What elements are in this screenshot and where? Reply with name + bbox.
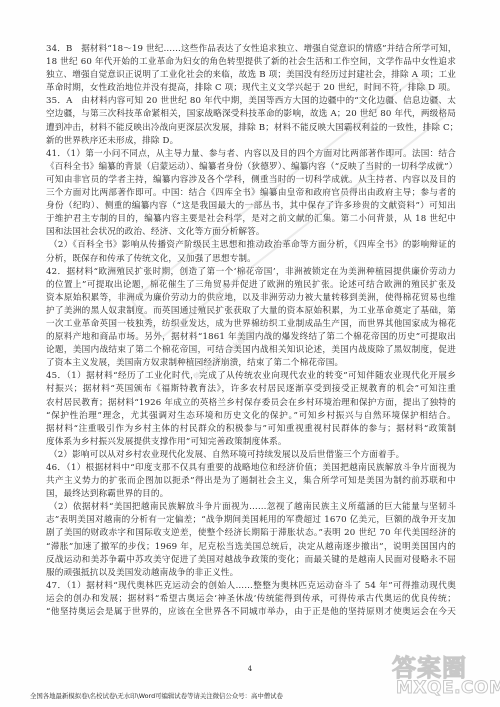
answer-text-body: 34．B 据材料“18～19 世纪……这些作品表达了女性追求独立、增强自觉意识的… [46,43,456,619]
text-line: “他坚持奥运会是属于世界的，应该在全世界各不同城市举办，由于正是他的坚持原则才使… [46,606,456,619]
text-line: 护了美洲的黑人奴隶制度。而英国通过殖民扩张获取了大量的资本原始积累，为工业革命奠… [46,305,456,318]
text-line: 34．B 据材料“18～19 世纪……这些作品表达了女性追求独立、增强自觉意识的… [46,43,456,56]
text-line: 18 世纪 60 年代开始的工业革命为妇女的角色转型提供了新的社会生活和工作空间… [46,56,456,69]
footer-note: 全国各地最新模拟卷\名校试卷\无水印\Word可编辑试卷等请关注微信公众号：高中… [30,691,283,700]
text-line: 遭到冲击，材料不能反映出冷战向更深层次发展，排除 B；材料不能反映大国霸权利益的… [46,122,456,135]
text-line: 35．A 由材料内容可知 20 世世纪 80 年代中期，美国等西方大国的边疆中的… [46,95,456,108]
page-number: 4 [0,665,500,673]
text-line: 国，最终达到称霸世界的目的。 [46,488,456,501]
text-line: 论题，美国内战结束了第二个棉花帝国，可结合美国内战相关知识论述，美国内战废除了黑… [46,344,456,357]
text-line: 新的世界秩序还未形成，排除 D。 [46,135,456,148]
text-line: 国和法国社会状况的政治、经济、文化等方面分析解答。 [46,226,456,239]
logo-domain-text: MXQE.COM [396,678,500,698]
text-line: （2）依据材料“美国把越南民族解放斗争片面视为……忽视了越南民族主义所蕴涵的巨大… [46,501,456,514]
text-line: 共产主义势力的扩张而企图加以扼杀”得出是为了遏制社会主义，集合所学可知是美国为制… [46,475,456,488]
text-line: （2）《百科全书》影响从传播资产阶级民主思想和推动政治革命等方面分析，《四库全书… [46,239,456,252]
text-line: 资本原始积累等，非洲成为廉价劳动力的供应地，以及非洲劳动力被大量转移到美洲，使得… [46,292,456,305]
text-line: “保护性治理”理念，尤其强调对生态环境和历史文化的保护。”可知乡村振兴与自然环境… [46,410,456,423]
text-line: 于维护君主专制的目的，编纂内容主要是社会科学，是对之前文献的汇集。第二小问背景，… [46,213,456,226]
text-line: 身份（纪昀）、侧重的编纂内容（“这是我国最大的一部丛书，其中保存了许多珍贵的文献… [46,200,456,213]
text-line: 空边疆，与第三次科技革命紧相关，国家战略深受科技革命的影响，故选 A；20 世纪… [46,108,456,121]
text-line: 可知由非官员的学者主持，编纂内容涉及各个学科，侧重当时的一切科学成就。从主持者、… [46,174,456,187]
text-line: 了资本主义发展，美国南方奴隶制种植园经济崩溃，结束了第二个棉花帝国。 [46,357,456,370]
text-line: 45．（1）据材料“经历了工业化时代，完成了从传统农业向现代农业的转变”可知伴随… [46,370,456,383]
text-line: 《百科全书》编纂的背景（启蒙运动）、编纂者身份（狄德罗）、编纂内容（“反映了当时… [46,161,456,174]
text-line: 志”表明美国对越南的分析有一定偏差；“战争期间美国耗用的军费超过 1670 亿美… [46,514,456,527]
text-line: 运会的创办和发展；据材料“希望古奥运会‘神圣休战’传统能得到传承，可得传承古代奥… [46,593,456,606]
text-line: 据材料“注重吸引作为乡村主体的村民群众的积极参与”可知重视重视村民群体的参与；据… [46,423,456,436]
document-page: 34．B 据材料“18～19 世纪……这些作品表达了女性追求独立、增强自觉意识的… [0,0,500,707]
site-logo-watermark: 答案圈 MXQE.COM [392,648,498,704]
text-line: 剧了美国的财政赤字和国际收支逆差，使整个经济长期陷于滞胀状态。”表明 20 世纪… [46,527,456,540]
text-line: 村振兴；据材料“英国颁布《福斯特教育法》，许多农村居民逐渐享受到接受正规教育的机… [46,383,456,396]
text-line: 的原料产地和商品市场。另外，据材料“1861 年美国内战的爆发终结了第二个棉花帝… [46,331,456,344]
text-line: 47．（1）据材料“现代奥林匹克运动会的创始人……整整为奥林匹克运动奋斗了 54… [46,580,456,593]
text-line: 42．据材料“欧洲殖民扩张时期，创造了第一个‘棉花帝国’，非洲被锁定在为美洲种植… [46,266,456,279]
text-line: 革命时期，女性政治地位并没有提高，排除 C 项；现代主义文学兴起于 20 世纪，… [46,82,456,95]
text-line: 度体系为乡村振兴发展提供支撑作用”可知完善政策制度体系。 [46,436,456,449]
text-line: 三个方面对比两部著作即可。中国：结合《四库全书》编纂由皇帝和政府官员得出由政府主… [46,187,456,200]
text-line: 46．（1）根据材料中“印度支那不仅具有重要的战略地位和经济价值；美国把越南民族… [46,462,456,475]
text-line: 反战运动和美苏争霸中苏攻美守促进了美国对越战争政策的变化；而最关键的是越南人民面… [46,554,456,567]
text-line: 分析，既保存和传承了传统文化，又加强了思想专制。 [46,253,456,266]
text-line: 服的顽强抵抗以及美国发动越南战争的非正义性。 [46,567,456,580]
text-line: 一次工业革命英国一枝独秀，纺织业发达，成为世界棉纺织工业制成品生产国，而世界其他… [46,318,456,331]
text-line: “滞胀”加速了撤军的步伐；1969 年，尼克松当选美国总统后，决定从越南逐步撤出… [46,541,456,554]
text-line: 41．（1）第一小问不同点，从主导力量、参与者、内容以及目的四个方面对比两部著作… [46,148,456,161]
text-line: 农村居民教育；据材料“1926 年成立的英格兰乡村保存委员会在乡村环境治理和保护… [46,397,456,410]
text-line: （2）影响可以从对乡村农业现代化发展、自然环境可持续发展以及后世借鉴三个方面着手… [46,449,456,462]
text-line: 独立、增强自觉意识正说明了工业化社会的来临，故选 B 项；美国没有经历过封建社会… [46,69,456,82]
text-line: 的位置上”可提取出论题，棉花催生了三角贸易并促进了欧洲的殖民扩张。论述可结合欧洲… [46,279,456,292]
